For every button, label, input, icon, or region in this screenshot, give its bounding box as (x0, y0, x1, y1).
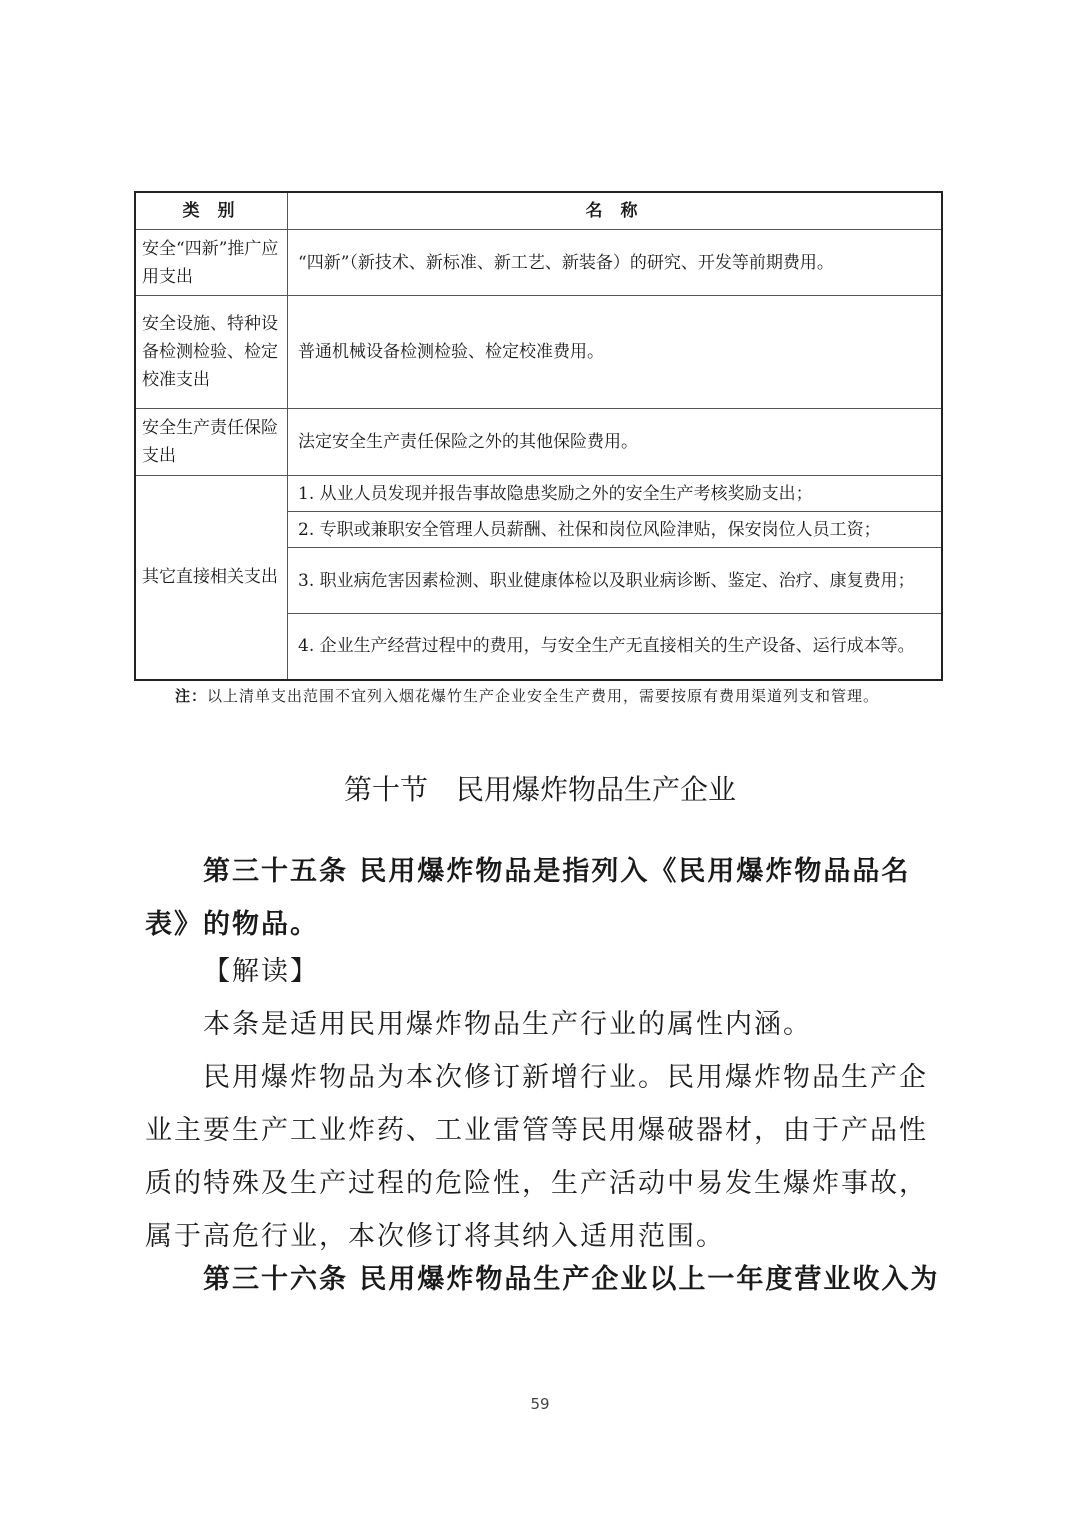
row-category: 其它直接相关支出 (135, 476, 288, 680)
row-item: 法定安全生产责任保险之外的其他保险费用。 (288, 409, 943, 476)
row-category: 安全设施、特种设备检测检验、检定校准支出 (135, 296, 288, 409)
note-label: 注： (175, 687, 207, 705)
interpretation-label: 【解读】 (145, 945, 945, 998)
expense-exclusion-table: 类 别 名 称 安全“四新”推广应用支出 “四新”（新技术、新标准、新工艺、新装… (134, 191, 943, 681)
row-item: 2. 专职或兼职安全管理人员薪酬、社保和岗位风险津贴，保安岗位人员工资； (288, 512, 943, 548)
article-36: 第三十六条 民用爆炸物品生产企业以上一年度营业收入为 (145, 1253, 945, 1306)
row-category: 安全生产责任保险支出 (135, 409, 288, 476)
header-name: 名 称 (288, 192, 943, 230)
row-item: 1. 从业人员发现并报告事故隐患奖励之外的安全生产考核奖励支出； (288, 476, 943, 512)
article-35: 第三十五条 民用爆炸物品是指列入《民用爆炸物品品名表》的物品。 (145, 845, 945, 951)
row-item: “四新”（新技术、新标准、新工艺、新装备）的研究、开发等前期费用。 (288, 230, 943, 296)
header-category: 类 别 (135, 192, 288, 230)
row-item: 4. 企业生产经营过程中的费用，与安全生产无直接相关的生产设备、运行成本等。 (288, 614, 943, 680)
section-title: 第十节 民用爆炸物品生产企业 (0, 768, 1080, 808)
table-note: 注：以上清单支出范围不宜列入烟花爆竹生产企业安全生产费用，需要按原有费用渠道列支… (145, 683, 945, 710)
row-category: 安全“四新”推广应用支出 (135, 230, 288, 296)
note-text: 以上清单支出范围不宜列入烟花爆竹生产企业安全生产费用，需要按原有费用渠道列支和管… (207, 687, 879, 705)
table-row: 安全生产责任保险支出 法定安全生产责任保险之外的其他保险费用。 (135, 409, 942, 476)
row-item: 3. 职业病危害因素检测、职业健康体检以及职业病诊断、鉴定、治疗、康复费用； (288, 548, 943, 614)
interpretation-paragraph-2: 民用爆炸物品为本次修订新增行业。民用爆炸物品生产企业主要生产工业炸药、工业雷管等… (145, 1051, 945, 1263)
interpretation-paragraph-1: 本条是适用民用爆炸物品生产行业的属性内涵。 (145, 998, 945, 1051)
table-row: 安全“四新”推广应用支出 “四新”（新技术、新标准、新工艺、新装备）的研究、开发… (135, 230, 942, 296)
row-item: 普通机械设备检测检验、检定校准费用。 (288, 296, 943, 409)
table-row: 其它直接相关支出 1. 从业人员发现并报告事故隐患奖励之外的安全生产考核奖励支出… (135, 476, 942, 512)
table-row: 安全设施、特种设备检测检验、检定校准支出 普通机械设备检测检验、检定校准费用。 (135, 296, 942, 409)
table-header-row: 类 别 名 称 (135, 192, 942, 230)
page-number: 59 (0, 1395, 1080, 1413)
